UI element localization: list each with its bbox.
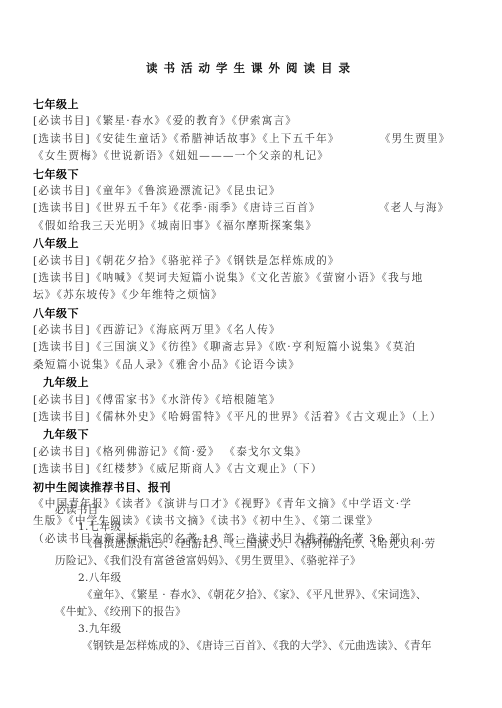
optional-books-cont: 桑短篇小说集》《品人录》《雅舍小品》《论语今读》: [33, 357, 473, 374]
optional-books-cont: 坛》《苏东坡传》《少年维特之烦恼》: [33, 287, 473, 304]
optional-books-b: 《男生贾里》: [380, 133, 451, 145]
grade9-books: 《钢铁是怎样炼成的》、《唐诗三百首》、《我的大学》、《元曲选读》、《青年: [55, 638, 475, 655]
optional-books: [选读书目]《安徒生童话》《希腊神话故事》《上下五千年》《男生贾里》: [33, 131, 473, 148]
grade8-label: 2.八年级: [55, 570, 475, 587]
optional-books-a: [选读书目]《安徒生童话》《希腊神话故事》《上下五千年》: [33, 133, 340, 145]
grade-reading-list: 七年级上 [必读书目]《繁星·春水》《爱的教育》《伊索寓言》 [选读书目]《安徒…: [33, 96, 473, 548]
required-books: [必读书目]《童年》《鲁滨逊漂流记》《昆虫记》: [33, 183, 473, 200]
required-books: [必读书目]《繁星·春水》《爱的教育》《伊索寓言》: [33, 113, 473, 130]
optional-books-b: 《老人与海》: [379, 202, 450, 214]
grade-heading: 七年级上: [33, 96, 473, 113]
grade-heading: 九年级上: [33, 374, 473, 391]
grade7-books: 《鲁滨逊漂流记》、《西游记》、《三国演义》、《格列佛游记》、《哈克贝利·劳: [55, 536, 475, 553]
grade-heading: 九年级下: [33, 426, 473, 443]
document-title: 读书活动学生课外阅读目录: [0, 60, 502, 76]
recommend-heading: 初中生阅读推荐书目、报刊: [33, 479, 473, 496]
grade8-books-cont: 《牛虻》、《绞刑下的报告》: [55, 604, 475, 621]
optional-books-cont: 《女生贾梅》《世说新语》《妞妞———一个父亲的札记》: [33, 148, 473, 165]
optional-books: [选读书目]《红楼梦》《威尼斯商人》《古文观止》（下）: [33, 461, 473, 478]
optional-books: [选读书目]《呐喊》《契诃夫短篇小说集》《文化苦旅》《萤窗小语》《我与地: [33, 270, 473, 287]
grade-heading: 七年级下: [33, 166, 473, 183]
grade-heading: 八年级上: [33, 235, 473, 252]
grade7-label: 1.七年级: [55, 519, 475, 536]
optional-books: [选读书目]《儒林外史》《哈姆雷特》《平凡的世界》《活着》《古文观止》（上）: [33, 409, 473, 426]
optional-books-a: [选读书目]《世界五千年》《花季·雨季》《唐诗三百首》: [33, 202, 321, 214]
required-list-heading: 必读书目: [55, 502, 475, 519]
required-books: [必读书目]《傅雷家书》《水浒传》《培根随笔》: [33, 392, 473, 409]
grade-heading: 八年级下: [33, 305, 473, 322]
optional-books: [选读书目]《世界五千年》《花季·雨季》《唐诗三百首》《老人与海》: [33, 200, 473, 217]
optional-books: [选读书目]《三国演义》《彷徨》《聊斋志异》《欧·亨利短篇小说集》《莫泊: [33, 339, 473, 356]
grade9-label: 3.九年级: [55, 621, 475, 638]
required-books: [必读书目]《朝花夕拾》《骆驼祥子》《钢铁是怎样炼成的》: [33, 253, 473, 270]
grade7-books-cont: 历险记》、《我们没有富爸爸富妈妈》、《男生贾里》、《骆驼祥子》: [55, 553, 475, 570]
required-list-section: 必读书目 1.七年级 《鲁滨逊漂流记》、《西游记》、《三国演义》、《格列佛游记》…: [55, 502, 475, 655]
optional-books-cont: 《假如给我三天光明》《城南旧事》《福尔摩斯探案集》: [33, 218, 473, 235]
grade8-books: 《童年》、《繁星 · 春水》、《朝花夕拾》、《家》、《平凡世界》、《宋词选》、: [55, 587, 475, 604]
required-books: [必读书目]《格列佛游记》《简·爱》 《泰戈尔文集》: [33, 444, 473, 461]
document-page: 读书活动学生课外阅读目录 七年级上 [必读书目]《繁星·春水》《爱的教育》《伊索…: [0, 0, 502, 708]
required-books: [必读书目]《西游记》《海底两万里》《名人传》: [33, 322, 473, 339]
